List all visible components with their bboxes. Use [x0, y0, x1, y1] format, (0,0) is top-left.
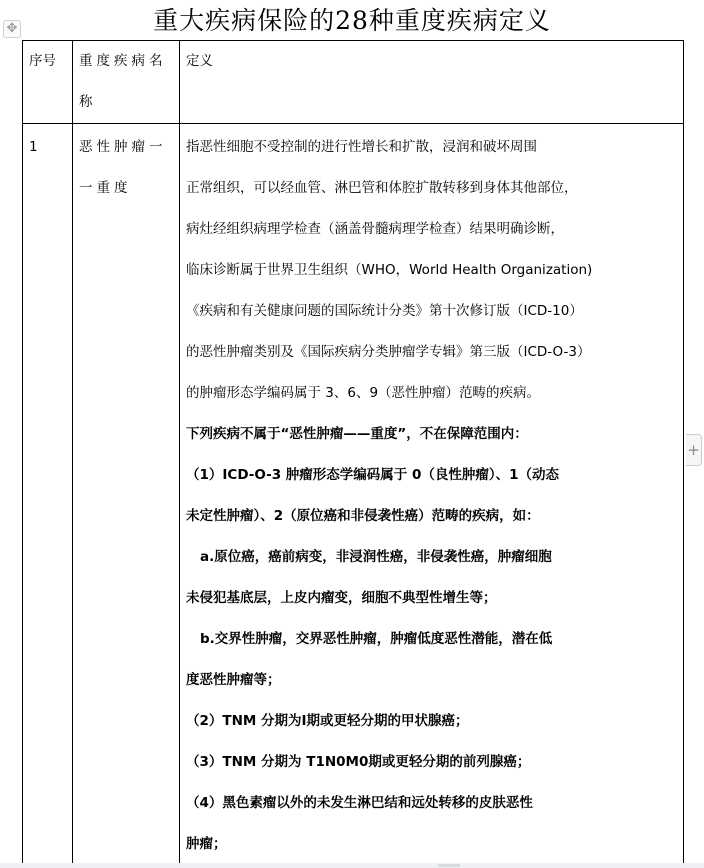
exclusion-line: b.交界性肿瘤，交界恶性肿瘤，肿瘤低度恶性潜能，潜在低	[186, 619, 677, 660]
exclusion-heading: 下列疾病不属于“恶性肿瘤——重度”，不在保障范围内：	[186, 414, 677, 455]
exclusion-line: （1）ICD-O-3 肿瘤形态学编码属于 0（良性肿瘤）、1（动态	[186, 455, 677, 496]
definition-line: 的恶性肿瘤类别及《国际疾病分类肿瘤学专辑》第三版（ICD-O-3）	[186, 332, 677, 373]
header-name-line-1: 重度疾病名	[79, 41, 173, 82]
disease-definition-table: 序号 重度疾病名 称 定义 1 恶性肿瘤一 一重度 指恶性细胞不受控制的进行性增…	[22, 40, 684, 866]
exclusion-line: a.原位癌，癌前病变，非浸润性癌，非侵袭性癌，肿瘤细胞	[186, 537, 677, 578]
exclusion-line: 度恶性肿瘤等；	[186, 660, 677, 701]
definition-line: 临床诊断属于世界卫生组织（WHO，World Health Organizati…	[186, 250, 677, 291]
row-name-line-1: 恶性肿瘤一	[79, 127, 173, 168]
exclusion-line: 未定性肿瘤）、2（原位癌和非侵袭性癌）范畴的疾病，如：	[186, 496, 677, 537]
exclusion-line: （3）TNM 分期为 T1N0M0期或更轻分期的前列腺癌；	[186, 742, 677, 783]
row-index-cell[interactable]: 1	[23, 124, 73, 866]
table-row: 1 恶性肿瘤一 一重度 指恶性细胞不受控制的进行性增长和扩散，浸润和破坏周围 正…	[23, 124, 684, 866]
definition-line: 病灶经组织病理学检查（涵盖骨髓病理学检查）结果明确诊断，	[186, 209, 677, 250]
definition-line: 《疾病和有关健康问题的国际统计分类》第十次修订版（ICD-10）	[186, 291, 677, 332]
document-title: 重大疾病保险的28种重度疾病定义	[0, 4, 704, 38]
exclusion-line: （2）TNM 分期为Ⅰ期或更轻分期的甲状腺癌；	[186, 701, 677, 742]
header-name-line-2: 称	[79, 82, 173, 123]
row-definition-cell[interactable]: 指恶性细胞不受控制的进行性增长和扩散，浸润和破坏周围 正常组织，可以经血管、淋巴…	[180, 124, 684, 866]
header-definition[interactable]: 定义	[180, 41, 684, 124]
exclusion-line: 肿瘤；	[186, 824, 677, 865]
header-disease-name[interactable]: 重度疾病名 称	[73, 41, 180, 124]
exclusion-line: 未侵犯基底层，上皮内瘤变，细胞不典型性增生等；	[186, 578, 677, 619]
table-move-handle-icon[interactable]: ✥	[3, 20, 21, 38]
exclusion-line: （4）黑色素瘤以外的未发生淋巴结和远处转移的皮肤恶性	[186, 783, 677, 824]
horizontal-scrollbar[interactable]	[0, 863, 704, 868]
definition-line: 指恶性细胞不受控制的进行性增长和扩散，浸润和破坏周围	[186, 127, 677, 168]
row-name-cell[interactable]: 恶性肿瘤一 一重度	[73, 124, 180, 866]
header-index-label: 序号	[29, 53, 56, 69]
add-column-button[interactable]: +	[686, 434, 702, 466]
scrollbar-thumb[interactable]	[438, 864, 460, 867]
row-index: 1	[29, 139, 38, 155]
definition-line: 的肿瘤形态学编码属于 3、6、9（恶性肿瘤）范畴的疾病。	[186, 373, 677, 414]
table-header-row: 序号 重度疾病名 称 定义	[23, 41, 684, 124]
header-definition-label: 定义	[186, 53, 213, 69]
definition-line: 正常组织，可以经血管、淋巴管和体腔扩散转移到身体其他部位，	[186, 168, 677, 209]
row-name-line-2: 一重度	[79, 168, 173, 209]
header-index[interactable]: 序号	[23, 41, 73, 124]
